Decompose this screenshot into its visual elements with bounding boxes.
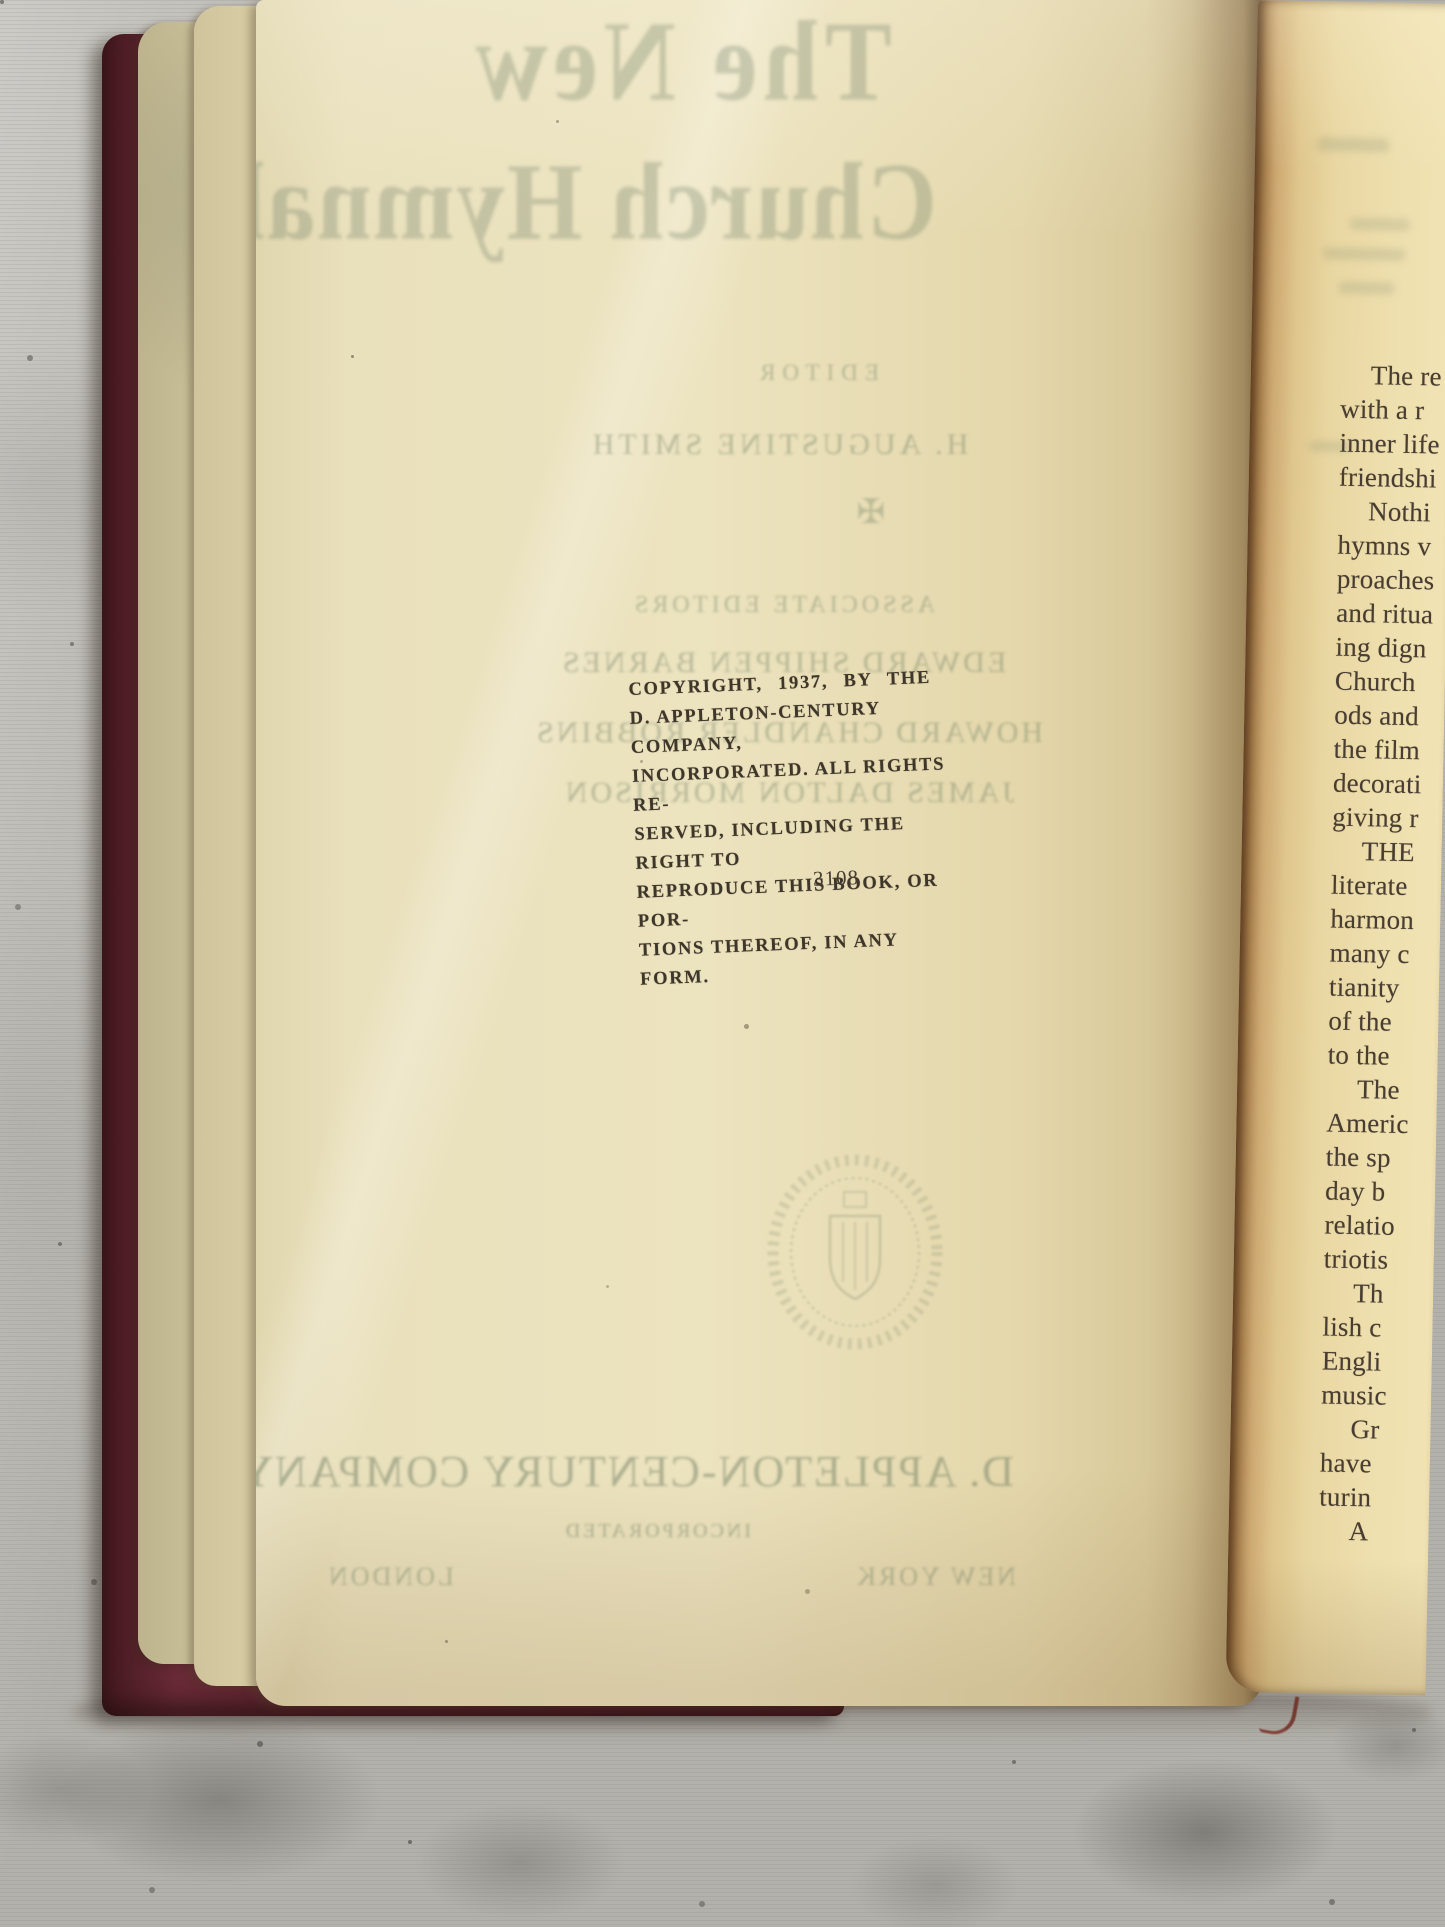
copyright-block: COPYRIGHT, 1937, BY THE D. APPLETON-CENT… <box>628 663 971 995</box>
ghost-editor-label: EDITOR <box>726 360 906 386</box>
publisher-seal-icon <box>760 1150 950 1355</box>
right-page-line: music <box>1321 1377 1445 1417</box>
right-page: The rewith a rinner lifefriendshiNothihy… <box>1226 0 1445 1696</box>
show-through-smudge <box>1338 282 1394 295</box>
ghost-cross-icon: ✠ <box>841 492 901 532</box>
paper-specks <box>351 355 354 358</box>
ghost-city-new-york: NEW YORK <box>854 1562 1016 1592</box>
show-through-smudge <box>1350 218 1410 231</box>
right-page-line: triotis <box>1324 1241 1445 1281</box>
right-page-line: to the <box>1327 1038 1445 1078</box>
ghost-editor-name: H. AUGUSTINE SMITH <box>546 428 1011 462</box>
right-page-line: turin <box>1319 1479 1445 1519</box>
ghost-cities-row: NEW YORK LONDON <box>326 1562 1016 1592</box>
show-through-smudge <box>1323 247 1405 261</box>
ghost-incorporated: INCORPORATED <box>566 1520 751 1543</box>
right-page-line: A <box>1318 1513 1445 1553</box>
stock-number: 3108 <box>776 864 897 893</box>
ghost-associate-label: ASSOCIATE EDITORS <box>618 592 948 619</box>
right-page-text: The rewith a rinner lifefriendshiNothihy… <box>1318 358 1445 1554</box>
ghost-title-line-1: The New <box>418 0 943 127</box>
copyright-line: TIONS THEREOF, IN ANY FORM. <box>638 924 970 995</box>
ghost-city-london: LONDON <box>326 1562 454 1592</box>
show-through-smudge <box>1317 137 1389 152</box>
surface-specks <box>0 0 4 4</box>
ghost-publisher: D. APPLETON-CENTURY COMPANY <box>324 1446 1014 1497</box>
ghost-title-line-2: Church Hymnal <box>256 138 959 265</box>
copyright-page: The New Church Hymnal EDITOR H. AUGUSTIN… <box>256 0 1262 1706</box>
